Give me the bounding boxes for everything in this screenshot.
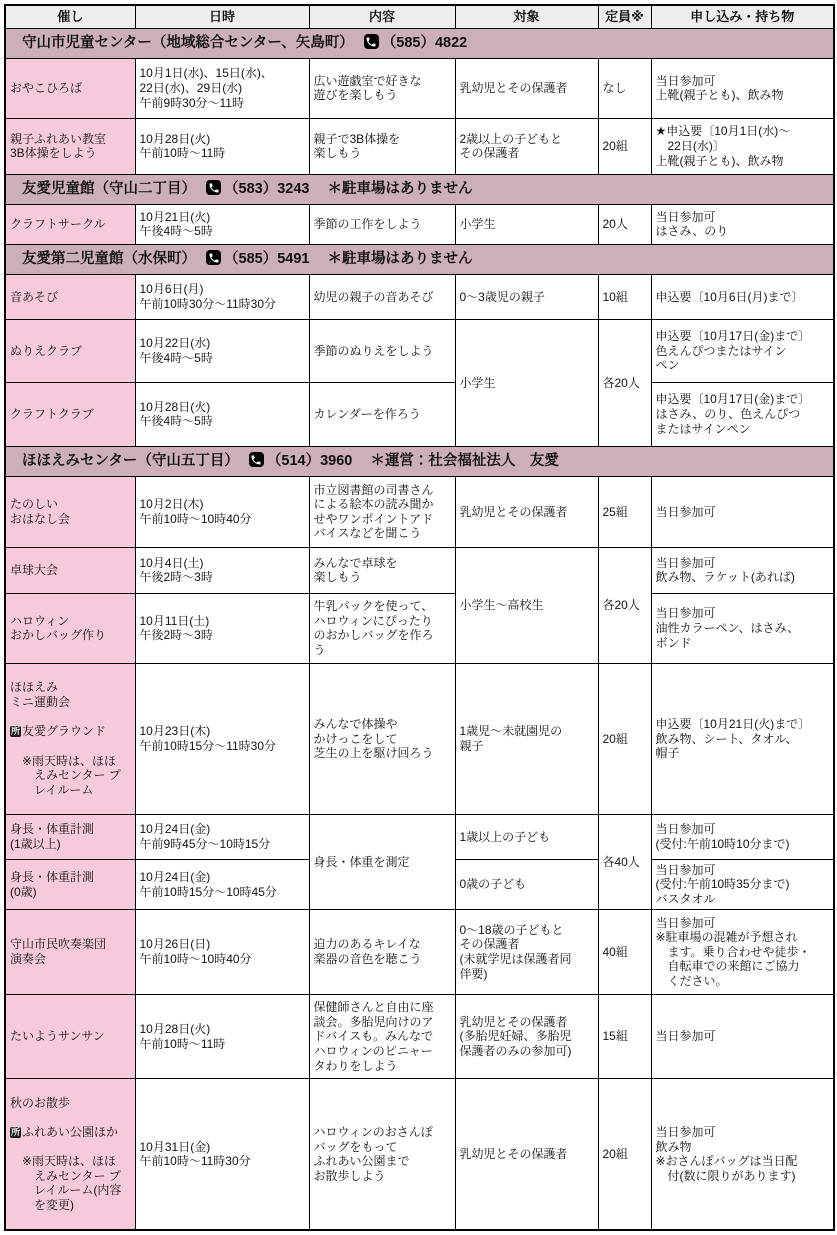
section-header: 友愛第二児童館（水保町）（585）5491＊駐車場はありません xyxy=(5,244,834,274)
content-cell: 広い遊戯室で好きな 遊びを楽しもう xyxy=(309,58,455,118)
capacity-cell: 25組 xyxy=(598,476,651,547)
datetime-cell: 10月26日(日) 午前10時～10時40分 xyxy=(135,910,309,995)
event-note: ※雨天時は、ほほ えみセンター プ レイルーム(内容 を変更) xyxy=(10,1154,131,1213)
section-header: 守山市児童センター（地域総合センター、矢島町）（585）4822 xyxy=(5,28,834,58)
table-row: クラフトサークル 10月21日(火) 午後4時～5時 季節の工作をしよう 小学生… xyxy=(5,204,834,244)
content-cell: みんなで体操や かけっこをして 芝生の上を駆け回ろう xyxy=(309,663,455,814)
datetime-cell: 10月11日(土) 午後2時～3時 xyxy=(135,593,309,663)
target-cell: 小学生 xyxy=(455,204,598,244)
target-cell: 乳幼児とその保護者 xyxy=(455,476,598,547)
section-title: 守山市児童センター（地域総合センター、矢島町） xyxy=(22,35,354,51)
capacity-cell: 各40人 xyxy=(598,815,651,910)
event-cell: 守山市民吹奏楽団 演奏会 xyxy=(5,910,135,995)
capacity-cell: 20人 xyxy=(598,204,651,244)
table-row: ハロウィン おかしバッグ作り 10月11日(土) 午後2時～3時 牛乳パックを使… xyxy=(5,593,834,663)
table-row: ぬりえクラブ 10月22日(水) 午後4時～5時 季節のぬりえをしよう 小学生 … xyxy=(5,319,834,382)
content-cell: 市立図書館の司書さん による絵本の読み聞か せやワンポイントアド バイスなどを聞… xyxy=(309,476,455,547)
event-cell: たいようサンサン xyxy=(5,995,135,1079)
section-phone: （585）5491 xyxy=(224,251,309,267)
apply-cell: 当日参加可 上靴(親子とも)、飲み物 xyxy=(651,58,834,118)
target-cell: 小学生 xyxy=(455,319,598,446)
location-icon: 所 xyxy=(10,1127,21,1138)
section-note: ＊駐車場はありません xyxy=(327,251,472,267)
event-cell: ほほえみ ミニ運動会 所友愛グラウンド ※雨天時は、ほほ えみセンター プ レイ… xyxy=(5,663,135,814)
capacity-cell: なし xyxy=(598,58,651,118)
event-cell: 身長・体重計測 (0歳) xyxy=(5,860,135,910)
events-table: 催し 日時 内容 対象 定員※ 申し込み・持ち物 守山市児童センター（地域総合セ… xyxy=(4,4,835,1231)
content-cell: 牛乳パックを使って、 ハロウィンにぴったり のおかしバッグを作ろ う xyxy=(309,593,455,663)
table-row: 秋のお散歩 所ふれあい公園ほか ※雨天時は、ほほ えみセンター プ レイルーム(… xyxy=(5,1079,834,1231)
event-cell: 身長・体重計測 (1歳以上) xyxy=(5,815,135,860)
apply-cell: ★申込要〔10月1日(水)～ 22日(水)〕 上靴(親子とも)、飲み物 xyxy=(651,118,834,174)
section-header-row: ほほえみセンター（守山五丁目）（514）3960＊運営：社会福祉法人 友愛 xyxy=(5,446,834,476)
table-row: 音あそび 10月6日(月) 午前10時30分～11時30分 幼児の親子の音あそび… xyxy=(5,274,834,319)
event-cell: おやこひろば xyxy=(5,58,135,118)
section-header: 友愛児童館（守山二丁目）（583）3243＊駐車場はありません xyxy=(5,174,834,204)
datetime-cell: 10月24日(金) 午前9時45分～10時15分 xyxy=(135,815,309,860)
apply-cell: 申込要〔10月17日(金)まで〕 はさみ、のり、色えんぴつ またはサインペン xyxy=(651,382,834,446)
column-header-row: 催し 日時 内容 対象 定員※ 申し込み・持ち物 xyxy=(5,5,834,28)
datetime-cell: 10月22日(水) 午後4時～5時 xyxy=(135,319,309,382)
section-header-row: 友愛児童館（守山二丁目）（583）3243＊駐車場はありません xyxy=(5,174,834,204)
section-title: 友愛児童館（守山二丁目） xyxy=(22,181,196,197)
event-note: ※雨天時は、ほほ えみセンター プ レイルーム xyxy=(10,754,131,798)
apply-cell: 申込要〔10月21日(火)まで〕 飲み物、シート、タオル、 帽子 xyxy=(651,663,834,814)
capacity-cell: 20組 xyxy=(598,663,651,814)
event-cell: ぬりえクラブ xyxy=(5,319,135,382)
event-place: 所ふれあい公園ほか xyxy=(10,1125,131,1140)
datetime-cell: 10月23日(木) 午前10時15分～11時30分 xyxy=(135,663,309,814)
datetime-cell: 10月28日(火) 午後4時～5時 xyxy=(135,382,309,446)
event-place-name: 友愛グラウンド xyxy=(22,724,106,738)
content-cell: 幼児の親子の音あそび xyxy=(309,274,455,319)
event-cell: 親子ふれあい教室 3B体操をしよう xyxy=(5,118,135,174)
location-icon: 所 xyxy=(10,726,21,737)
event-name: ほほえみ ミニ運動会 xyxy=(10,680,131,709)
phone-icon xyxy=(249,452,264,467)
capacity-cell: 15組 xyxy=(598,995,651,1079)
content-cell: 季節のぬりえをしよう xyxy=(309,319,455,382)
section-header-row: 友愛第二児童館（水保町）（585）5491＊駐車場はありません xyxy=(5,244,834,274)
phone-icon xyxy=(206,250,221,265)
section-title: ほほえみセンター（守山五丁目） xyxy=(22,453,239,469)
col-header-apply: 申し込み・持ち物 xyxy=(651,5,834,28)
apply-cell: 当日参加可 飲み物、ラケット(あれば) xyxy=(651,547,834,593)
section-phone: （585）4822 xyxy=(382,35,467,51)
section-phone: （583）3243 xyxy=(224,181,309,197)
content-cell: ハロウィンのおさんぽ バッグをもって ふれあい公園まで お散歩しよう xyxy=(309,1079,455,1231)
capacity-cell: 各20人 xyxy=(598,547,651,663)
datetime-cell: 10月4日(土) 午後2時～3時 xyxy=(135,547,309,593)
target-cell: 小学生～高校生 xyxy=(455,547,598,663)
content-cell: 身長・体重を測定 xyxy=(309,815,455,910)
col-header-datetime: 日時 xyxy=(135,5,309,28)
apply-cell: 申込要〔10月17日(金)まで〕 色えんぴつまたはサイン ペン xyxy=(651,319,834,382)
capacity-cell: 各20人 xyxy=(598,319,651,446)
apply-cell: 申込要〔10月6日(月)まで〕 xyxy=(651,274,834,319)
content-cell: 保健師さんと自由に座 談会。多胎児向けのア ドバイスも。みんなで ハロウィンのピ… xyxy=(309,995,455,1079)
table-row: たのしい おはなし会 10月2日(木) 午前10時～10時40分 市立図書館の司… xyxy=(5,476,834,547)
datetime-cell: 10月28日(火) 午前10時～11時 xyxy=(135,118,309,174)
event-cell: たのしい おはなし会 xyxy=(5,476,135,547)
section-note: ＊運営：社会福祉法人 友愛 xyxy=(370,453,559,469)
event-cell: ハロウィン おかしバッグ作り xyxy=(5,593,135,663)
capacity-cell: 20組 xyxy=(598,1079,651,1231)
datetime-cell: 10月21日(火) 午後4時～5時 xyxy=(135,204,309,244)
event-cell: クラフトクラブ xyxy=(5,382,135,446)
phone-icon xyxy=(364,34,379,49)
datetime-cell: 10月6日(月) 午前10時30分～11時30分 xyxy=(135,274,309,319)
table-row: 卓球大会 10月4日(土) 午後2時～3時 みんなで卓球を 楽しもう 小学生～高… xyxy=(5,547,834,593)
section-note: ＊駐車場はありません xyxy=(327,181,472,197)
table-row: 守山市民吹奏楽団 演奏会 10月26日(日) 午前10時～10時40分 迫力のあ… xyxy=(5,910,834,995)
section-phone: （514）3960 xyxy=(267,453,352,469)
datetime-cell: 10月2日(木) 午前10時～10時40分 xyxy=(135,476,309,547)
datetime-cell: 10月1日(水)、15日(水)、 22日(水)、29日(水) 午前9時30分～1… xyxy=(135,58,309,118)
target-cell: 1歳以上の子ども xyxy=(455,815,598,860)
content-cell: 迫力のあるキレイな 楽器の音色を聴こう xyxy=(309,910,455,995)
event-cell: クラフトサークル xyxy=(5,204,135,244)
content-cell: カレンダーを作ろう xyxy=(309,382,455,446)
col-header-target: 対象 xyxy=(455,5,598,28)
table-row: たいようサンサン 10月28日(火) 午前10時～11時 保健師さんと自由に座 … xyxy=(5,995,834,1079)
target-cell: 0歳の子ども xyxy=(455,860,598,910)
capacity-cell: 10組 xyxy=(598,274,651,319)
col-header-event: 催し xyxy=(5,5,135,28)
table-row: 親子ふれあい教室 3B体操をしよう 10月28日(火) 午前10時～11時 親子… xyxy=(5,118,834,174)
table-row: ほほえみ ミニ運動会 所友愛グラウンド ※雨天時は、ほほ えみセンター プ レイ… xyxy=(5,663,834,814)
apply-cell: 当日参加可 油性カラーペン、はさみ、 ボンド xyxy=(651,593,834,663)
capacity-cell: 20組 xyxy=(598,118,651,174)
target-cell: 乳幼児とその保護者 (多胎児妊婦、多胎児 保護者のみの参加可) xyxy=(455,995,598,1079)
content-cell: 親子で3B体操を 楽しもう xyxy=(309,118,455,174)
datetime-cell: 10月31日(金) 午前10時～11時30分 xyxy=(135,1079,309,1231)
target-cell: 乳幼児とその保護者 xyxy=(455,1079,598,1231)
col-header-content: 内容 xyxy=(309,5,455,28)
section-title: 友愛第二児童館（水保町） xyxy=(22,251,196,267)
event-place-name: ふれあい公園ほか xyxy=(22,1125,118,1139)
target-cell: 1歳児～未就園児の 親子 xyxy=(455,663,598,814)
content-cell: 季節の工作をしよう xyxy=(309,204,455,244)
target-cell: 2歳以上の子どもと その保護者 xyxy=(455,118,598,174)
phone-icon xyxy=(206,180,221,195)
target-cell: 0～3歳児の親子 xyxy=(455,274,598,319)
apply-cell: 当日参加可 ※駐車場の混雑が予想され ます。乗り合わせや徒歩・ 自転車での来館に… xyxy=(651,910,834,995)
section-header: ほほえみセンター（守山五丁目）（514）3960＊運営：社会福祉法人 友愛 xyxy=(5,446,834,476)
event-cell: 卓球大会 xyxy=(5,547,135,593)
apply-cell: 当日参加可 はさみ、のり xyxy=(651,204,834,244)
table-row: おやこひろば 10月1日(水)、15日(水)、 22日(水)、29日(水) 午前… xyxy=(5,58,834,118)
col-header-capacity: 定員※ xyxy=(598,5,651,28)
event-place: 所友愛グラウンド xyxy=(10,724,131,739)
target-cell: 0～18歳の子どもと その保護者 (未就学児は保護者同 伴要) xyxy=(455,910,598,995)
content-cell: みんなで卓球を 楽しもう xyxy=(309,547,455,593)
apply-cell: 当日参加可 飲み物 ※おさんぽバッグは当日配 付(数に限りがあります) xyxy=(651,1079,834,1231)
apply-cell: 当日参加可 (受付:午前10時35分まで) バスタオル xyxy=(651,860,834,910)
apply-cell: 当日参加可 xyxy=(651,995,834,1079)
apply-cell: 当日参加可 xyxy=(651,476,834,547)
datetime-cell: 10月24日(金) 午前10時15分～10時45分 xyxy=(135,860,309,910)
event-cell: 秋のお散歩 所ふれあい公園ほか ※雨天時は、ほほ えみセンター プ レイルーム(… xyxy=(5,1079,135,1231)
event-cell: 音あそび xyxy=(5,274,135,319)
table-row: 身長・体重計測 (1歳以上) 10月24日(金) 午前9時45分～10時15分 … xyxy=(5,815,834,860)
apply-cell: 当日参加可 (受付:午前10時10分まで) xyxy=(651,815,834,860)
target-cell: 乳幼児とその保護者 xyxy=(455,58,598,118)
event-name: 秋のお散歩 xyxy=(10,1096,131,1111)
table-row: クラフトクラブ 10月28日(火) 午後4時～5時 カレンダーを作ろう 申込要〔… xyxy=(5,382,834,446)
capacity-cell: 40組 xyxy=(598,910,651,995)
datetime-cell: 10月28日(火) 午前10時～11時 xyxy=(135,995,309,1079)
section-header-row: 守山市児童センター（地域総合センター、矢島町）（585）4822 xyxy=(5,28,834,58)
